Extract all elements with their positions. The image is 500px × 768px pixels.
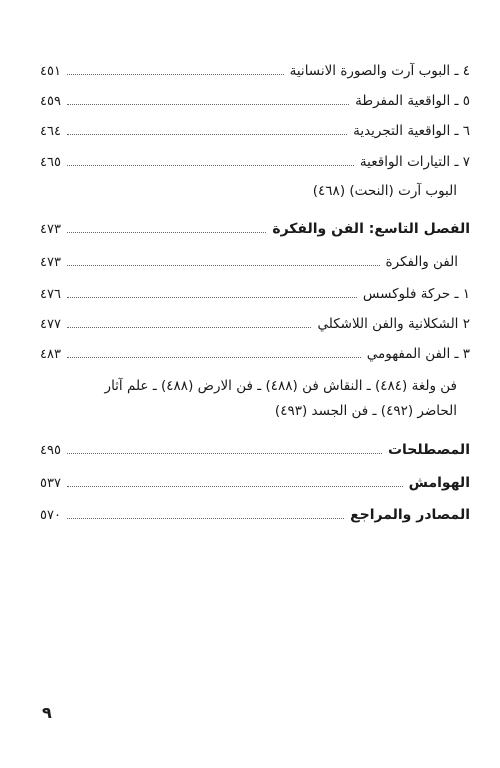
page-number: ٩ [42, 703, 52, 722]
chapter-heading: الفصل التاسع: الفن والفكرة ٤٧٣ [40, 215, 470, 237]
entry-title: الفن والفكرة [386, 254, 458, 270]
dot-leader [67, 485, 403, 487]
entry-title: ٥ ـ الواقعية المفرطة [355, 93, 470, 109]
dot-leader [67, 356, 361, 358]
dot-leader [67, 264, 380, 266]
subnote-paragraph: فن ولغة (٤٨٤) ـ النقاش فن (٤٨٨) ـ فن الا… [40, 374, 457, 424]
dot-leader [67, 452, 382, 454]
entry-page: ٤٧٣ [40, 255, 61, 270]
chapter-title: الفصل التاسع: الفن والفكرة [272, 221, 470, 237]
entry-title: الهوامش [409, 475, 470, 491]
entry-page: ٤٦٤ [40, 124, 61, 139]
entry-page: ٤٩٥ [40, 443, 61, 458]
entry-title: ٤ ـ البوب آرت والصورة الانسانية [290, 63, 470, 79]
entry-title: المصادر والمراجع [350, 507, 470, 523]
toc-entry: ٥ ـ الواقعية المفرطة ٤٥٩ [40, 87, 470, 109]
chapter-page: ٤٧٣ [40, 222, 61, 237]
toc-entry: ٧ ـ التيارات الواقعية ٤٦٥ [40, 148, 470, 170]
entry-title: ٢ الشكلانية والفن اللاشكلي [317, 316, 470, 332]
dot-leader [67, 517, 344, 519]
toc-entry: ٤ ـ البوب آرت والصورة الانسانية ٤٥١ [40, 57, 470, 79]
entry-page: ٤٨٣ [40, 347, 61, 362]
entry-page: ٤٥١ [40, 64, 61, 79]
entry-page: ٥٧٠ [40, 508, 61, 523]
back-matter-entry: المصادر والمراجع ٥٧٠ [40, 501, 470, 523]
toc-entry: الفن والفكرة ٤٧٣ [40, 248, 470, 270]
toc-entry: ٦ ـ الواقعية التجريدية ٤٦٤ [40, 117, 470, 139]
dot-leader [67, 73, 284, 75]
subnote-line: الحاضر (٤٩٢) ـ فن الجسد (٤٩٣) [40, 399, 457, 424]
toc-entry: ٢ الشكلانية والفن اللاشكلي ٤٧٧ [40, 310, 470, 332]
entry-page: ٤٧٧ [40, 317, 61, 332]
entry-page: ٤٧٦ [40, 287, 61, 302]
dot-leader [67, 231, 266, 233]
dot-leader [67, 133, 347, 135]
dot-leader [67, 296, 357, 298]
toc-entry: ١ ـ حركة فلوكسس ٤٧٦ [40, 280, 470, 302]
entry-title: ٣ ـ الفن المفهومي [367, 346, 470, 362]
entry-title: ٦ ـ الواقعية التجريدية [353, 123, 470, 139]
back-matter-entry: المصطلحات ٤٩٥ [40, 436, 470, 458]
subnote: البوب آرت (النحت) (٤٦٨) [313, 183, 457, 199]
dot-leader [67, 164, 354, 166]
entry-page: ٤٦٥ [40, 155, 61, 170]
dot-leader [67, 103, 349, 105]
toc-entry: ٣ ـ الفن المفهومي ٤٨٣ [40, 340, 470, 362]
entry-title: المصطلحات [388, 442, 470, 458]
toc-page: ٤ ـ البوب آرت والصورة الانسانية ٤٥١ ٥ ـ … [0, 0, 500, 768]
entry-title: ٧ ـ التيارات الواقعية [360, 154, 470, 170]
subnote-line: فن ولغة (٤٨٤) ـ النقاش فن (٤٨٨) ـ فن الا… [40, 374, 457, 399]
entry-title: ١ ـ حركة فلوكسس [363, 286, 470, 302]
back-matter-entry: الهوامش ٥٣٧ [40, 469, 470, 491]
entry-page: ٤٥٩ [40, 94, 61, 109]
entry-page: ٥٣٧ [40, 476, 61, 491]
dot-leader [67, 326, 312, 328]
